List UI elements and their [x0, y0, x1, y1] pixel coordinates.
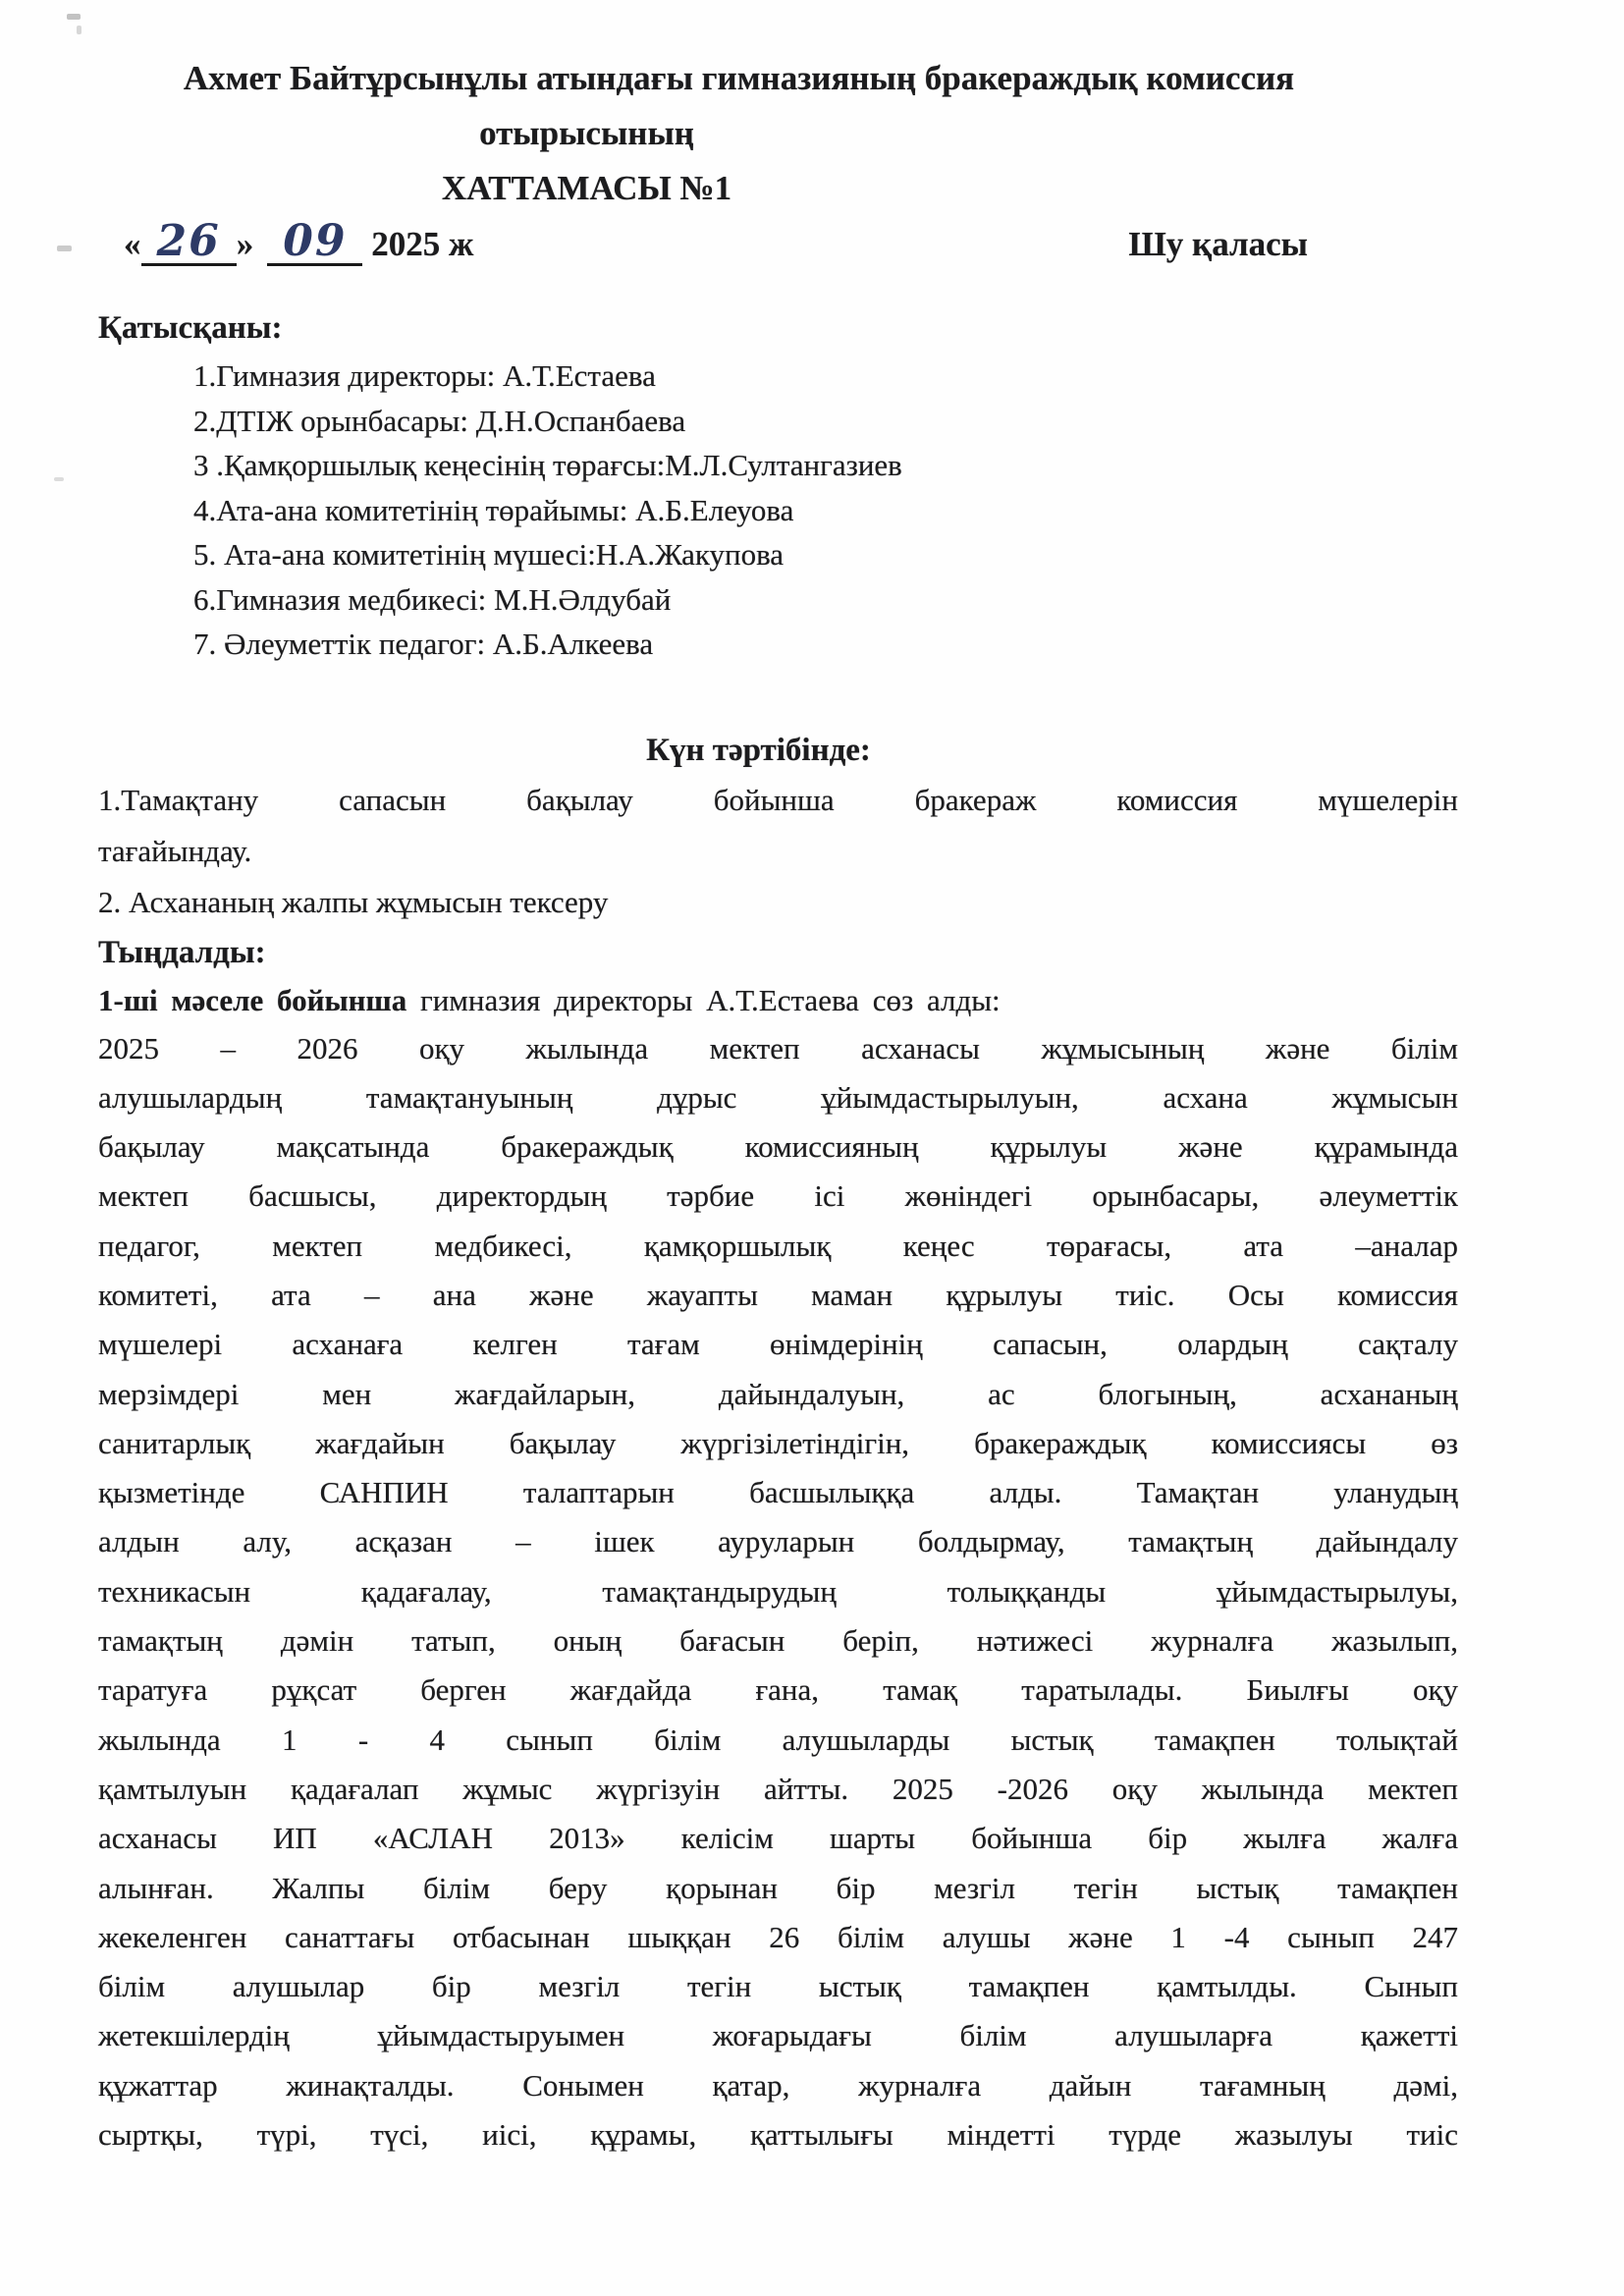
agenda-list: 1.Тамақтану сапасын бақылау бойынша брак…	[98, 775, 1458, 928]
body-line: техникасын қадағалау, тамақтандырудың то…	[98, 1567, 1458, 1616]
body-line: білім алушылар бір мезгіл тегін ыстық та…	[98, 1962, 1458, 2011]
attendees-heading: Қатысқаны:	[98, 304, 1458, 352]
city-label: Шу қаласы	[1128, 220, 1308, 269]
body-line: жылында 1 - 4 сынып білім алушыларды ыст…	[98, 1716, 1458, 1765]
body-line: 2025 – 2026 оқу жылында мектеп асханасы …	[98, 1024, 1458, 1073]
body-line: қамтылуын қадағалап жұмыс жүргізуін айтт…	[98, 1765, 1458, 1814]
attendee-item: 4.Ата-ана комитетінің төрайымы: А.Б.Елеу…	[193, 488, 1458, 533]
attendee-item: 5. Ата-ана комитетінің мүшесі:Н.А.Жакупо…	[193, 532, 1458, 577]
issue-rest: гимназия директоры А.Т.Естаева сөз алды:	[406, 983, 1000, 1017]
agenda-item-1-continued: тағайындау.	[98, 826, 1458, 877]
body-line: мерзімдері мен жағдайларын, дайындалуын,…	[98, 1370, 1458, 1419]
body-line: асханасы ИП «АСЛАН 2013» келісім шарты б…	[98, 1814, 1458, 1863]
body-paragraph: 2025 – 2026 оқу жылында мектеп асханасы …	[98, 1024, 1458, 2160]
date-value: «26»09 2025 ж	[98, 220, 473, 269]
body-line: алдын алу, асқазан – ішек ауруларын болд…	[98, 1517, 1458, 1566]
document-title: Ахмет Байтұрсынұлы атындағы гимназияның …	[98, 51, 1458, 216]
date-year: 2025 ж	[362, 225, 473, 263]
body-line: тамақтың дәмін татып, оның бағасын беріп…	[98, 1616, 1458, 1666]
body-line: санитарлық жағдайын бақылау жүргізілетін…	[98, 1419, 1458, 1468]
attendee-item: 1.Гимназия директоры: А.Т.Естаева	[193, 354, 1458, 399]
attendee-item: 2.ДТІЖ орынбасары: Д.Н.Оспанбаева	[193, 399, 1458, 444]
body-line: комитеті, ата – ана және жауапты маман қ…	[98, 1271, 1458, 1320]
title-line-2: отырысының	[98, 106, 1075, 161]
attendee-item: 7. Әлеуметтік педагог: А.Б.Алкеева	[193, 622, 1458, 667]
attendee-list: 1.Гимназия директоры: А.Т.Естаева 2.ДТІЖ…	[98, 354, 1458, 667]
body-line: бақылау мақсатында бракераждық комиссиян…	[98, 1122, 1458, 1172]
body-line: сыртқы, түрі, түсі, иісі, құрамы, қаттыл…	[98, 2110, 1458, 2159]
body-line: жекеленген санаттағы отбасынан шыққан 26…	[98, 1913, 1458, 1962]
date-line: «26»09 2025 ж Шу қаласы	[98, 220, 1458, 277]
issue-statement: 1-ші мәселе бойынша гимназия директоры А…	[98, 977, 1458, 1024]
open-quote: «	[124, 225, 141, 263]
agenda-item-1: 1.Тамақтану сапасын бақылау бойынша брак…	[98, 775, 1458, 826]
title-line-3: ХАТТАМАСЫ №1	[98, 161, 1075, 216]
heard-heading: Тыңдалды:	[98, 928, 1458, 977]
body-line: алынған. Жалпы білім беру қорынан бір ме…	[98, 1864, 1458, 1913]
close-quote: »	[237, 225, 254, 263]
scanned-protocol-page: Ахмет Байтұрсынұлы атындағы гимназияның …	[0, 0, 1624, 2296]
document-body: Ахмет Байтұрсынұлы атындағы гимназияның …	[0, 0, 1624, 2159]
issue-lead: 1-ші мәселе бойынша	[98, 983, 406, 1017]
body-line: таратуға рұқсат берген жағдайда ғана, та…	[98, 1666, 1458, 1715]
attendee-item: 6.Гимназия медбикесі: М.Н.Әлдубай	[193, 577, 1458, 623]
body-line: қызметінде САНПИН талаптарын басшылыққа …	[98, 1468, 1458, 1517]
date-day-handwritten: 26	[141, 220, 237, 266]
body-line: құжаттар жинақталды. Сонымен қатар, журн…	[98, 2061, 1458, 2110]
body-line: мектеп басшысы, директордың тәрбие ісі ж…	[98, 1172, 1458, 1221]
title-line-1: Ахмет Байтұрсынұлы атындағы гимназияның …	[98, 51, 1380, 106]
body-line: алушылардың тамақтануының дұрыс ұйымдаст…	[98, 1073, 1458, 1122]
body-line: жетекшілердің ұйымдастыруымен жоғарыдағы…	[98, 2011, 1458, 2060]
body-line: мүшелері асханаға келген тағам өнімдерін…	[98, 1320, 1458, 1369]
body-line: педагог, мектеп медбикесі, қамқоршылық к…	[98, 1222, 1458, 1271]
agenda-heading: Күн тәртібінде:	[98, 726, 1419, 775]
agenda-item-2: 2. Асхананың жалпы жұмысын тексеру	[98, 877, 1458, 928]
attendee-item: 3 .Қамқоршылық кеңесінің төрағсы:М.Л.Сул…	[193, 443, 1458, 488]
date-month-handwritten: 09	[267, 220, 362, 266]
